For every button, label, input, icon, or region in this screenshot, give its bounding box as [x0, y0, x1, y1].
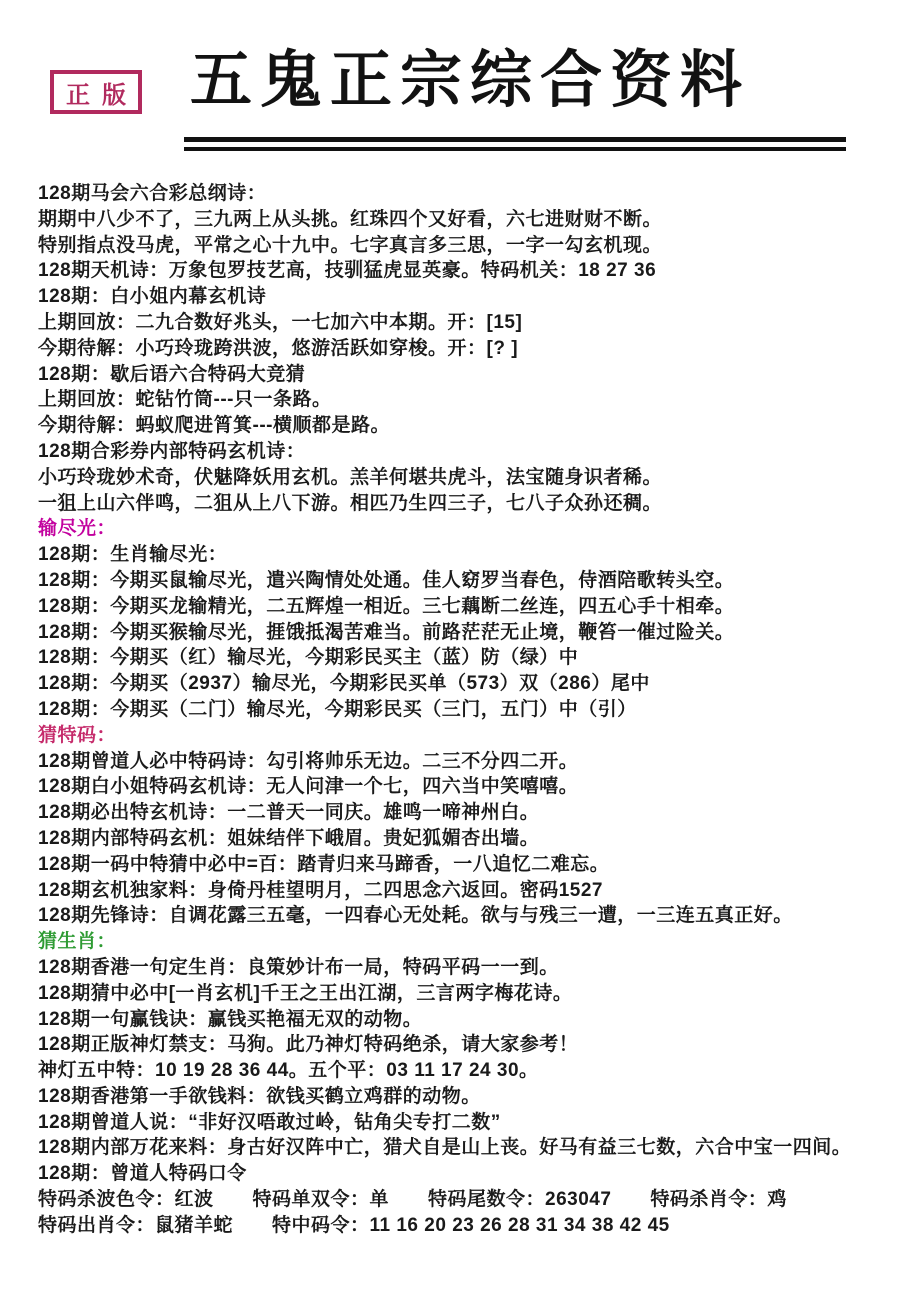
text-line: 128期内部特码玄机：姐妹结伴下峨眉。贵妃狐媚杏出墙。 [38, 826, 890, 852]
text-line: 128期：歇后语六合特码大竞猜 [38, 362, 890, 388]
text-line: 128期：今期买龙输精光，二五辉煌一相近。三七藕断二丝连，四五心手十相牵。 [38, 594, 890, 620]
text-line: 128期先锋诗：自调花露三五毫，一四春心无处耗。欲与与残三一遭，一三连五真正好。 [38, 903, 890, 929]
page-title: 五鬼正宗综合资料 [190, 50, 750, 112]
text-line: 128期：今期买鼠输尽光，遣兴陶情处处通。佳人窈罗当春色，侍酒陪歌转头空。 [38, 568, 890, 594]
text-line: 128期：今期买（红）输尽光，今期彩民买主（蓝）防（绿）中 [38, 645, 890, 671]
text-line: 神灯五中特：10 19 28 36 44。五个平：03 11 17 24 30。 [38, 1058, 890, 1084]
text-line: 128期内部万花来料：身古好汉阵中亡，猎犬自是山上丧。好马有益三七数，六合中宝一… [38, 1135, 890, 1161]
text-line: 128期天机诗：万象包罗技艺高，技驯猛虎显英豪。特码机关：18 27 36 [38, 258, 890, 284]
text-line: 128期：今期买（二门）输尽光，今期彩民买（三门，五门）中（引） [38, 697, 890, 723]
text-line: 128期猜中必中[一肖玄机]千王之王出江湖，三言两字梅花诗。 [38, 981, 890, 1007]
text-line: 128期：今期买猴输尽光，捱饿抵渴苦难当。前路茫茫无止境，鞭笞一催过险关。 [38, 620, 890, 646]
section-header: 输尽光： [38, 516, 890, 542]
text-line: 128期白小姐特码玄机诗：无人问津一个七，四六当中笑嘻嘻。 [38, 774, 890, 800]
text-line: 特码杀波色令：红波 特码单双令：单 特码尾数令：263047 特码杀肖令：鸡 [38, 1187, 890, 1213]
document-page: 正版 五鬼正宗综合资料 128期马会六合彩总纲诗：期期中八少不了，三九两上从头挑… [0, 0, 900, 1301]
section-header: 猜生肖： [38, 929, 890, 955]
text-line: 128期正版神灯禁支：马狗。此乃神灯特码绝杀，请大家参考！ [38, 1032, 890, 1058]
text-line: 128期：今期买（2937）输尽光，今期彩民买单（573）双（286）尾中 [38, 671, 890, 697]
text-line: 128期：曾道人特码口令 [38, 1161, 890, 1187]
content-lines: 128期马会六合彩总纲诗：期期中八少不了，三九两上从头挑。红珠四个又好看，六七进… [38, 181, 890, 1239]
text-line: 一狙上山六伴鸣，二狙从上八下游。相匹乃生四三子，七八子众孙还稠。 [38, 491, 890, 517]
title-underline-bottom [184, 147, 846, 151]
text-line: 128期一句赢钱诀：赢钱买艳福无双的动物。 [38, 1007, 890, 1033]
text-line: 特别指点没马虎，平常之心十九中。七字真言多三思，一字一勾玄机现。 [38, 233, 890, 259]
text-line: 128期：生肖输尽光： [38, 542, 890, 568]
text-line: 128期：白小姐内幕玄机诗 [38, 284, 890, 310]
text-line: 上期回放：蛇钻竹筒---只一条路。 [38, 387, 890, 413]
text-line: 期期中八少不了，三九两上从头挑。红珠四个又好看，六七进财财不断。 [38, 207, 890, 233]
title-underline-top [184, 137, 846, 142]
text-line: 128期必出特玄机诗：一二普天一同庆。雄鸣一啼神州白。 [38, 800, 890, 826]
text-line: 128期香港一句定生肖：良策妙计布一局，特码平码一一到。 [38, 955, 890, 981]
authentic-badge: 正版 [50, 70, 142, 114]
text-line: 128期曾道人说：“非好汉唔敢过岭，钻角尖专打二数” [38, 1110, 890, 1136]
text-line: 小巧玲珑妙术奇，伏魅降妖用玄机。羔羊何堪共虎斗，法宝随身识者稀。 [38, 465, 890, 491]
text-line: 128期马会六合彩总纲诗： [38, 181, 890, 207]
text-line: 128期合彩券内部特码玄机诗： [38, 439, 890, 465]
text-line: 128期玄机独家料：身倚丹桂望明月，二四思念六返回。密码1527 [38, 878, 890, 904]
text-line: 今期待解：蚂蚁爬进筲箕---横顺都是路。 [38, 413, 890, 439]
text-line: 今期待解：小巧玲珑跨洪波，悠游活跃如穿梭。开：[? ] [38, 336, 890, 362]
text-line: 128期曾道人必中特码诗：勾引将帅乐无边。二三不分四二开。 [38, 749, 890, 775]
text-line: 上期回放：二九合数好兆头，一七加六中本期。开：[15] [38, 310, 890, 336]
section-header: 猜特码： [38, 723, 890, 749]
text-line: 特码出肖令：鼠猪羊蛇 特中码令：11 16 20 23 26 28 31 34 … [38, 1213, 890, 1239]
text-line: 128期香港第一手欲钱料：欲钱买鹤立鸡群的动物。 [38, 1084, 890, 1110]
text-line: 128期一码中特猜中必中=百：踏青归来马蹄香，一八追忆二难忘。 [38, 852, 890, 878]
